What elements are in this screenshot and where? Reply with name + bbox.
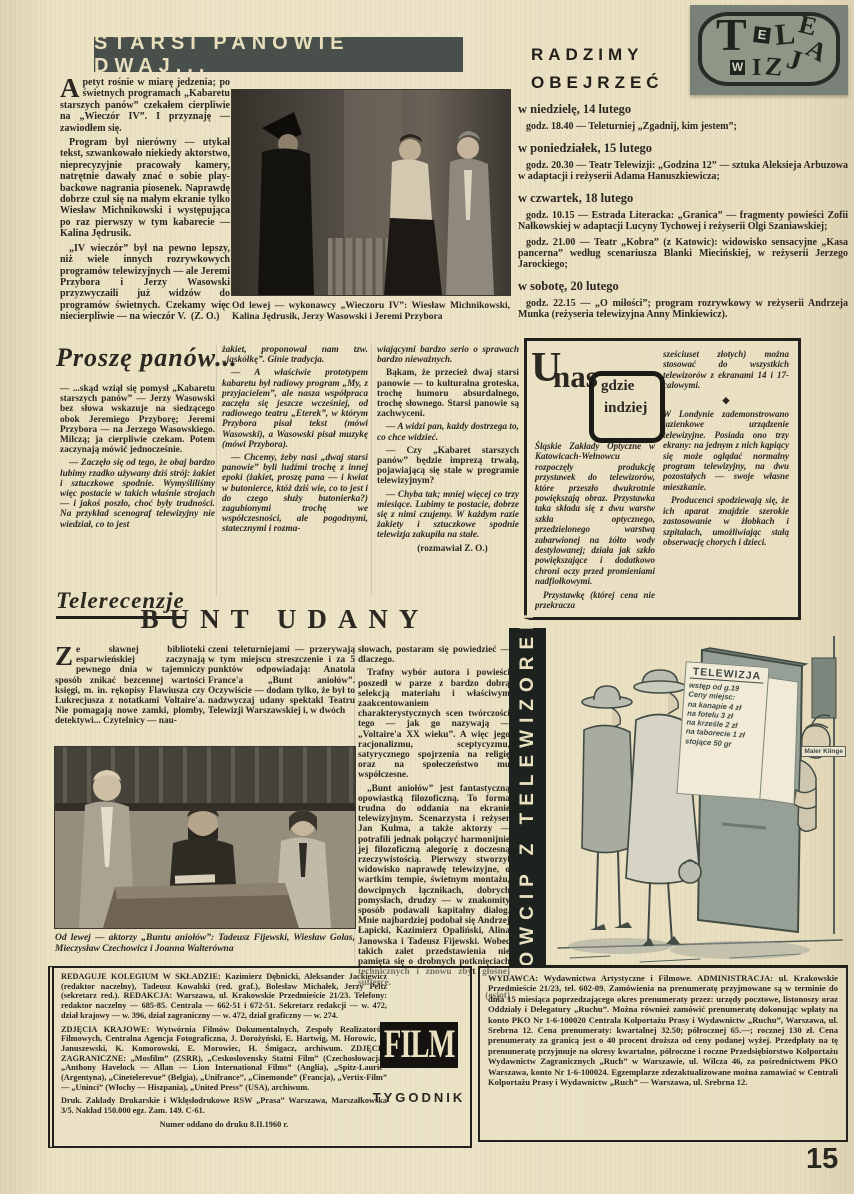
print-info: Druk. Zakłady Drukarskie i Wklęsłodrukow… bbox=[61, 1096, 387, 1115]
u-nas-column-1: Śląskie Zakłady Optyczne w Katowicach-We… bbox=[535, 441, 655, 614]
print-date: Numer oddano do druku 8.II.1960 r. bbox=[61, 1120, 387, 1130]
publisher-text: WYDAWCA: Wydawnictwa Artystyczne i Filmo… bbox=[488, 973, 838, 1087]
prosze-column-1: — ...skąd wziął się pomysł „Kabaretu sta… bbox=[60, 384, 215, 533]
paragraph: — Chcemy, żeby nasi „dwaj starsi panowie… bbox=[222, 453, 368, 535]
cartoonist-signature: Maler Klinge bbox=[801, 746, 846, 757]
bunt-column-1: Ze sławnej biblioteki esparwieńskiej zac… bbox=[55, 645, 205, 730]
bunt-photo-caption: Od lewej — aktorzy „Buntu aniołów”: Tade… bbox=[55, 933, 355, 955]
u-nas-logo: U nas gdzie indziej bbox=[531, 345, 659, 437]
paragraph: — Czy „Kabaret starszych panów” będzie i… bbox=[377, 446, 519, 487]
paragraph: „IV wieczór” był na pewno lepszy, niż wi… bbox=[60, 243, 230, 323]
interview-signature: (rozmawiał Z. O.) bbox=[377, 544, 519, 554]
logo-letter: Z bbox=[764, 53, 784, 80]
paragraph: sześciuset złotych) można stosować do ws… bbox=[663, 349, 789, 391]
wieczor-photo-caption: Od lewej — wykonawcy „Wieczoru IV”: Wies… bbox=[232, 301, 510, 323]
recommend-line1: RADZIMY bbox=[531, 41, 691, 69]
paragraph: „Bunt aniołów” jest fantastyczną opowias… bbox=[358, 784, 510, 988]
paragraph: Trafny wybór autora i powieści poszedł w… bbox=[358, 668, 510, 780]
film-logo: FILM bbox=[380, 1022, 458, 1068]
schedule-entry: godz. 10.15 — Estrada Literacka: „Granic… bbox=[518, 210, 848, 232]
cartoon-panel: TELEWIZJA wstęp od g.19 Ceny miejsc: na … bbox=[550, 628, 848, 967]
paragraph: — A właściwie prototypem kabaretu był ra… bbox=[222, 368, 368, 450]
paragraph: Producenci spodziewają się, że ich apara… bbox=[663, 495, 789, 547]
dowcip-vertical-banner: DOWCIP Z TELEWIZOREM bbox=[509, 628, 546, 967]
schedule-entry: godz. 21.00 — Teatr „Kobra” (z Katowic):… bbox=[518, 237, 848, 270]
schedule-day: w poniedziałek, 15 lutego bbox=[518, 141, 848, 156]
paragraph: — ...skąd wziął się pomysł „Kabaretu sta… bbox=[60, 384, 215, 455]
schedule-entry: godz. 22.15 — „O miłości”; program rozry… bbox=[518, 298, 848, 320]
tv-schedule: w niedzielę, 14 lutego godz. 18.40 — Tel… bbox=[518, 102, 848, 322]
bunt-column-2: czeni teleturniejami — przerywają w tym … bbox=[208, 645, 355, 719]
film-logo-text: FILM bbox=[384, 1022, 455, 1068]
bunt-udany-title: BUNT UDANY bbox=[60, 604, 510, 635]
paragraph: żakiet, proponował nam tzw. „jaskółkę”. … bbox=[222, 345, 368, 365]
paragraph: czeni teleturniejami — przerywają w tym … bbox=[208, 645, 355, 716]
dowcip-banner-label: DOWCIP Z TELEWIZOREM bbox=[517, 607, 539, 987]
recommend-heading: RADZIMY OBEJRZEĆ bbox=[531, 41, 691, 97]
paragraph: — Chyba tak; mniej więcej co trzy miesią… bbox=[377, 490, 519, 541]
cartoon-sign: TELEWIZJA wstęp od g.19 Ceny miejsc: na … bbox=[676, 661, 769, 800]
logo-letter: I bbox=[752, 56, 761, 80]
schedule-day: w sobotę, 20 lutego bbox=[518, 279, 848, 294]
paragraph: Przystawkę (której cena nie przekracza bbox=[535, 590, 655, 611]
paragraph: wiającymi bardzo serio o sprawach bardzo… bbox=[377, 345, 519, 365]
logo-word: indziej bbox=[604, 400, 647, 417]
paragraph: Apetyt rośnie w miarę jedzenia; po świet… bbox=[60, 77, 230, 134]
wieczor-photo bbox=[232, 90, 510, 295]
dropcap: A bbox=[60, 78, 80, 99]
prosze-column-2: żakiet, proponował nam tzw. „jaskółkę”. … bbox=[222, 345, 368, 538]
paragraph: Program był nierówny — utykał tekst, szw… bbox=[60, 137, 230, 240]
publisher-info-box: WYDAWCA: Wydawnictwa Artystyczne i Filmo… bbox=[478, 966, 848, 1142]
u-nas-gdzie-indziej-box: U nas gdzie indziej Śląskie Zakłady Opty… bbox=[524, 338, 801, 620]
logo-letter: W bbox=[730, 60, 745, 75]
editorial-info-box: REDAGUJE KOLEGIUM W SKŁADZIE: Kazimierz … bbox=[48, 966, 472, 1148]
article-wieczor-column: Apetyt rośnie w miarę jedzenia; po świet… bbox=[60, 77, 230, 326]
editorial-text-column: REDAGUJE KOLEGIUM W SKŁADZIE: Kazimierz … bbox=[61, 972, 387, 1134]
tv-screen-shape: T E L E W I Z J A bbox=[698, 12, 840, 86]
u-nas-column-2: sześciuset złotych) można stosować do ws… bbox=[663, 349, 789, 550]
logo-letter: E bbox=[753, 26, 771, 44]
bunt-column-3: słowach, postaram się powiedzieć — dlacz… bbox=[358, 645, 510, 1004]
logo-word: gdzie bbox=[601, 378, 634, 395]
logo-letter: T bbox=[716, 12, 747, 58]
prosze-panow-title: Proszę panów... bbox=[56, 343, 238, 373]
dropcap: Z bbox=[55, 646, 73, 667]
paragraph: Ze sławnej biblioteki esparwieńskiej zac… bbox=[55, 645, 205, 727]
section-title-bar: STARSI PANOWIE DWAJ... bbox=[94, 37, 463, 72]
paragraph: — Zaczęło się od tego, że obaj bardzo lu… bbox=[60, 458, 215, 529]
editorial-board: REDAGUJE KOLEGIUM W SKŁADZIE: Kazimierz … bbox=[61, 972, 387, 1021]
wieczor-photo-illustration bbox=[232, 90, 510, 295]
schedule-day: w czwartek, 18 lutego bbox=[518, 191, 848, 206]
tv-frame-shape: gdzie indziej bbox=[589, 371, 665, 443]
schedule-day: w niedzielę, 14 lutego bbox=[518, 102, 848, 117]
diamond-separator: ◆ bbox=[663, 395, 789, 405]
paragraph: słowach, postaram się powiedzieć — dlacz… bbox=[358, 645, 510, 665]
paragraph: — A widzi pan, każdy dostrzega to, co ch… bbox=[377, 422, 519, 442]
recommend-line2: OBEJRZEĆ bbox=[531, 69, 691, 97]
paragraph: Bąkam, że przecież dwaj starsi panowie —… bbox=[377, 368, 519, 419]
bunt-photo-illustration bbox=[55, 747, 355, 928]
prosze-column-3: wiającymi bardzo serio o sprawach bardzo… bbox=[377, 345, 519, 557]
schedule-entry: godz. 20.30 — Teatr Telewizji: „Godzina … bbox=[518, 160, 848, 182]
paragraph: W Londynie zademonstrowano łazienkowe ur… bbox=[663, 409, 789, 492]
schedule-entry: godz. 18.40 — Teleturniej „Zgadnij, kim … bbox=[518, 121, 848, 132]
column-rule bbox=[371, 345, 372, 595]
paragraph: Śląskie Zakłady Optyczne w Katowicach-We… bbox=[535, 441, 655, 587]
author-initials: (Z. O.) bbox=[191, 311, 220, 322]
tygodnik-label: TYGODNIK bbox=[370, 1090, 468, 1105]
column-rule bbox=[216, 345, 217, 595]
magazine-page: STARSI PANOWIE DWAJ... RADZIMY OBEJRZEĆ … bbox=[0, 0, 854, 1194]
bunt-photo bbox=[55, 747, 355, 928]
page-number: 15 bbox=[806, 1143, 838, 1176]
section-title: STARSI PANOWIE DWAJ... bbox=[94, 32, 463, 78]
photo-credits: ZDJĘCIA KRAJOWE: Wytwórnia Filmów Dokume… bbox=[61, 1025, 387, 1093]
telewizja-logo: T E L E W I Z J A bbox=[690, 5, 848, 95]
